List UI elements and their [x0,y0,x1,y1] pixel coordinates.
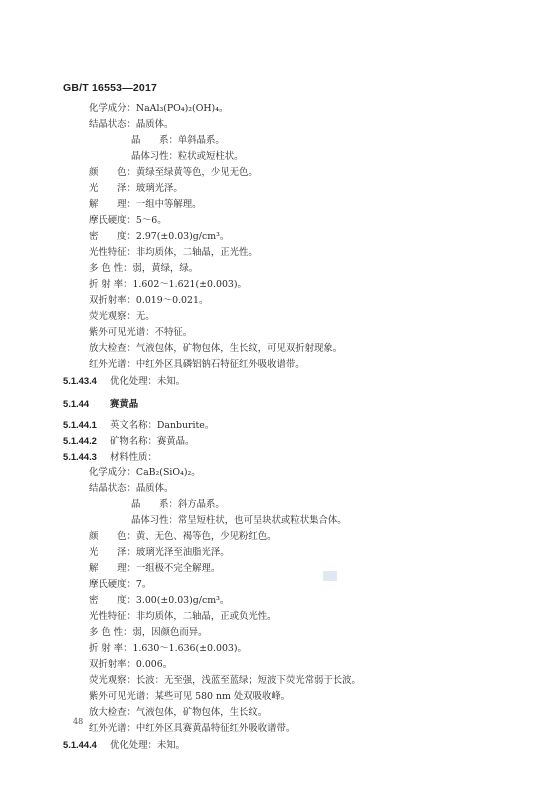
property-value: 弱，黄绿，绿。 [132,263,198,274]
clause-text: 英文名称：Danburite。 [110,420,214,431]
property-value: 气液包体，矿物包体，生长纹。 [136,707,267,718]
property-label: 荧光观察： [89,675,136,686]
standard-number-header: GB/T 16553—2017 [63,82,157,94]
property-label: 双折射率： [89,295,136,306]
property-value: 非均质体，二轴晶，正光性。 [136,247,258,258]
property-value: 1.602～1.621(±0.003)。 [132,279,246,290]
property-label: 放大检查： [89,707,136,718]
property-label: 解 理： [89,199,136,210]
property-value: 7。 [136,579,151,590]
property-line: 晶 系：单斜晶系。 [131,135,225,147]
property-label: 密 度： [89,231,136,242]
property-label: 化学成分： [89,467,136,478]
clause-line: 5.1.44.3材料性质： [63,451,157,464]
property-line: 荧光观察：无。 [89,311,155,323]
property-line: 晶体习性：常呈短柱状，也可呈块状或粒状集合体。 [131,515,347,527]
property-value: CaB₂(SiO₄)₂。 [136,467,201,478]
property-label: 化学成分： [89,103,136,114]
property-label: 摩氏硬度： [89,579,136,590]
clause-text: 矿物名称：赛黄晶。 [110,436,194,447]
property-line: 多 色 性：弱，因颜色而异。 [89,627,207,639]
clause-line: 5.1.43.4优化处理：未知。 [63,375,185,388]
property-label: 晶 系： [131,499,178,510]
property-label: 紫外可见光谱： [89,327,155,338]
property-line: 摩氏硬度：5～6。 [89,215,167,227]
property-line: 晶体习性：粒状或短柱状。 [131,151,244,163]
property-line: 荧光观察：长波：无至强，浅蓝至蓝绿；短波下荧光常弱于长波。 [89,675,361,687]
clause-line: 5.1.44.4优化处理：未知。 [63,739,185,752]
property-label: 光性特征： [89,611,136,622]
clause-number: 5.1.44.3 [63,451,110,463]
property-label: 颜 色： [89,531,136,542]
property-value: 单斜晶系。 [178,135,225,146]
property-line: 颜 色：黄绿至绿黄等色，少见无色。 [89,167,258,179]
property-value: 不特征。 [155,327,193,338]
property-label: 结晶状态： [89,483,136,494]
clause-line: 5.1.44.1英文名称：Danburite。 [63,419,214,432]
property-line: 折 射 率：1.630～1.636(±0.003)。 [89,643,247,655]
property-line: 折 射 率：1.602～1.621(±0.003)。 [89,279,247,291]
property-label: 颜 色： [89,167,136,178]
property-label: 荧光观察： [89,311,136,322]
property-value: 0.019～0.021。 [136,295,208,306]
section-heading: 5.1.44赛黄晶 [63,398,138,411]
property-label: 光 泽： [89,547,136,558]
property-label: 摩氏硬度： [89,215,136,226]
property-value: 长波：无至强，浅蓝至蓝绿；短波下荧光常弱于长波。 [136,675,361,686]
property-line: 解 理：一组中等解理。 [89,199,202,211]
property-label: 解 理： [89,563,136,574]
property-line: 双折射率：0.019～0.021。 [89,295,208,307]
property-label: 折 射 率： [89,643,132,654]
property-line: 红外光谱：中红外区具赛黄晶特征红外吸收谱带。 [89,723,295,735]
property-value: 无。 [136,311,155,322]
property-value: 0.006。 [136,659,172,670]
property-line: 放大检查：气液包体，矿物包体，生长纹，可见双折射现象。 [89,343,342,355]
property-value: 5～6。 [136,215,167,226]
property-value: 晶质体。 [136,483,174,494]
property-line: 解 理：一组极不完全解理。 [89,563,220,575]
property-value: 一组中等解理。 [136,199,202,210]
property-label: 双折射率： [89,659,136,670]
property-line: 多 色 性：弱，黄绿，绿。 [89,263,198,275]
property-label: 光 泽： [89,183,136,194]
property-line: 红外光谱：中红外区具磷铝钠石特征红外吸收谱带。 [89,359,305,371]
property-line: 光性特征：非均质体，二轴晶，正或负光性。 [89,611,277,623]
property-line: 化学成分：NaAl₃(PO₄)₂(OH)₄。 [89,103,228,115]
property-label: 密 度： [89,595,136,606]
clause-line: 5.1.44.2矿物名称：赛黄晶。 [63,435,194,448]
property-value: 1.630～1.636(±0.003)。 [132,643,246,654]
property-line: 光性特征：非均质体，二轴晶，正光性。 [89,247,258,259]
property-line: 结晶状态：晶质体。 [89,483,173,495]
property-value: NaAl₃(PO₄)₂(OH)₄。 [136,103,228,114]
property-label: 结晶状态： [89,119,136,130]
property-line: 摩氏硬度：7。 [89,579,151,591]
property-line: 光 泽：玻璃光泽至油脂光泽。 [89,547,230,559]
property-value: 中红外区具磷铝钠石特征红外吸收谱带。 [136,359,305,370]
property-label: 红外光谱： [89,723,136,734]
property-value: 中红外区具赛黄晶特征红外吸收谱带。 [136,723,295,734]
property-label: 多 色 性： [89,627,132,638]
property-line: 紫外可见光谱：不特征。 [89,327,192,339]
property-value: 黄、无色、褐等色，少见粉红色。 [136,531,277,542]
property-label: 多 色 性： [89,263,132,274]
property-value: 2.97(±0.03)g/cm³。 [136,231,229,242]
property-line: 密 度：2.97(±0.03)g/cm³。 [89,231,229,243]
property-label: 光性特征： [89,247,136,258]
property-line: 化学成分：CaB₂(SiO₄)₂。 [89,467,201,479]
property-value: 黄绿至绿黄等色，少见无色。 [136,167,258,178]
clause-number: 5.1.44.4 [63,739,110,751]
property-line: 双折射率：0.006。 [89,659,172,671]
property-line: 结晶状态：晶质体。 [89,119,173,131]
property-value: 非均质体，二轴晶，正或负光性。 [136,611,277,622]
property-label: 折 射 率： [89,279,132,290]
property-label: 紫外可见光谱： [89,691,155,702]
property-label: 晶体习性： [131,151,178,162]
property-value: 粒状或短柱状。 [178,151,244,162]
property-line: 放大检查：气液包体，矿物包体，生长纹。 [89,707,267,719]
property-line: 光 泽：玻璃光泽。 [89,183,183,195]
property-line: 颜 色：黄、无色、褐等色，少见粉红色。 [89,531,277,543]
property-value: 一组极不完全解理。 [136,563,220,574]
property-value: 气液包体，矿物包体，生长纹，可见双折射现象。 [136,343,342,354]
watermark-icon [323,571,337,581]
property-label: 放大检查： [89,343,136,354]
section-title: 赛黄晶 [110,399,138,410]
property-label: 晶 系： [131,135,178,146]
clause-text: 材料性质： [110,452,157,463]
clause-text: 优化处理：未知。 [110,376,185,387]
property-value: 斜方晶系。 [178,499,225,510]
property-value: 某些可见 580 nm 处双吸收峰。 [155,691,291,702]
property-label: 红外光谱： [89,359,136,370]
property-line: 密 度：3.00(±0.03)g/cm³。 [89,595,229,607]
clause-number: 5.1.44.2 [63,435,110,447]
clause-number: 5.1.44.1 [63,419,110,431]
clause-number: 5.1.43.4 [63,375,110,387]
property-value: 晶质体。 [136,119,174,130]
page-number: 48 [73,717,83,726]
property-value: 玻璃光泽。 [136,183,183,194]
property-label: 晶体习性： [131,515,178,526]
property-value: 常呈短柱状，也可呈块状或粒状集合体。 [178,515,347,526]
property-value: 弱，因颜色而异。 [132,627,207,638]
property-line: 晶 系：斜方晶系。 [131,499,225,511]
clause-number: 5.1.44 [63,398,110,410]
property-value: 3.00(±0.03)g/cm³。 [136,595,229,606]
property-value: 玻璃光泽至油脂光泽。 [136,547,230,558]
property-line: 紫外可见光谱：某些可见 580 nm 处双吸收峰。 [89,691,290,703]
clause-text: 优化处理：未知。 [110,740,185,751]
